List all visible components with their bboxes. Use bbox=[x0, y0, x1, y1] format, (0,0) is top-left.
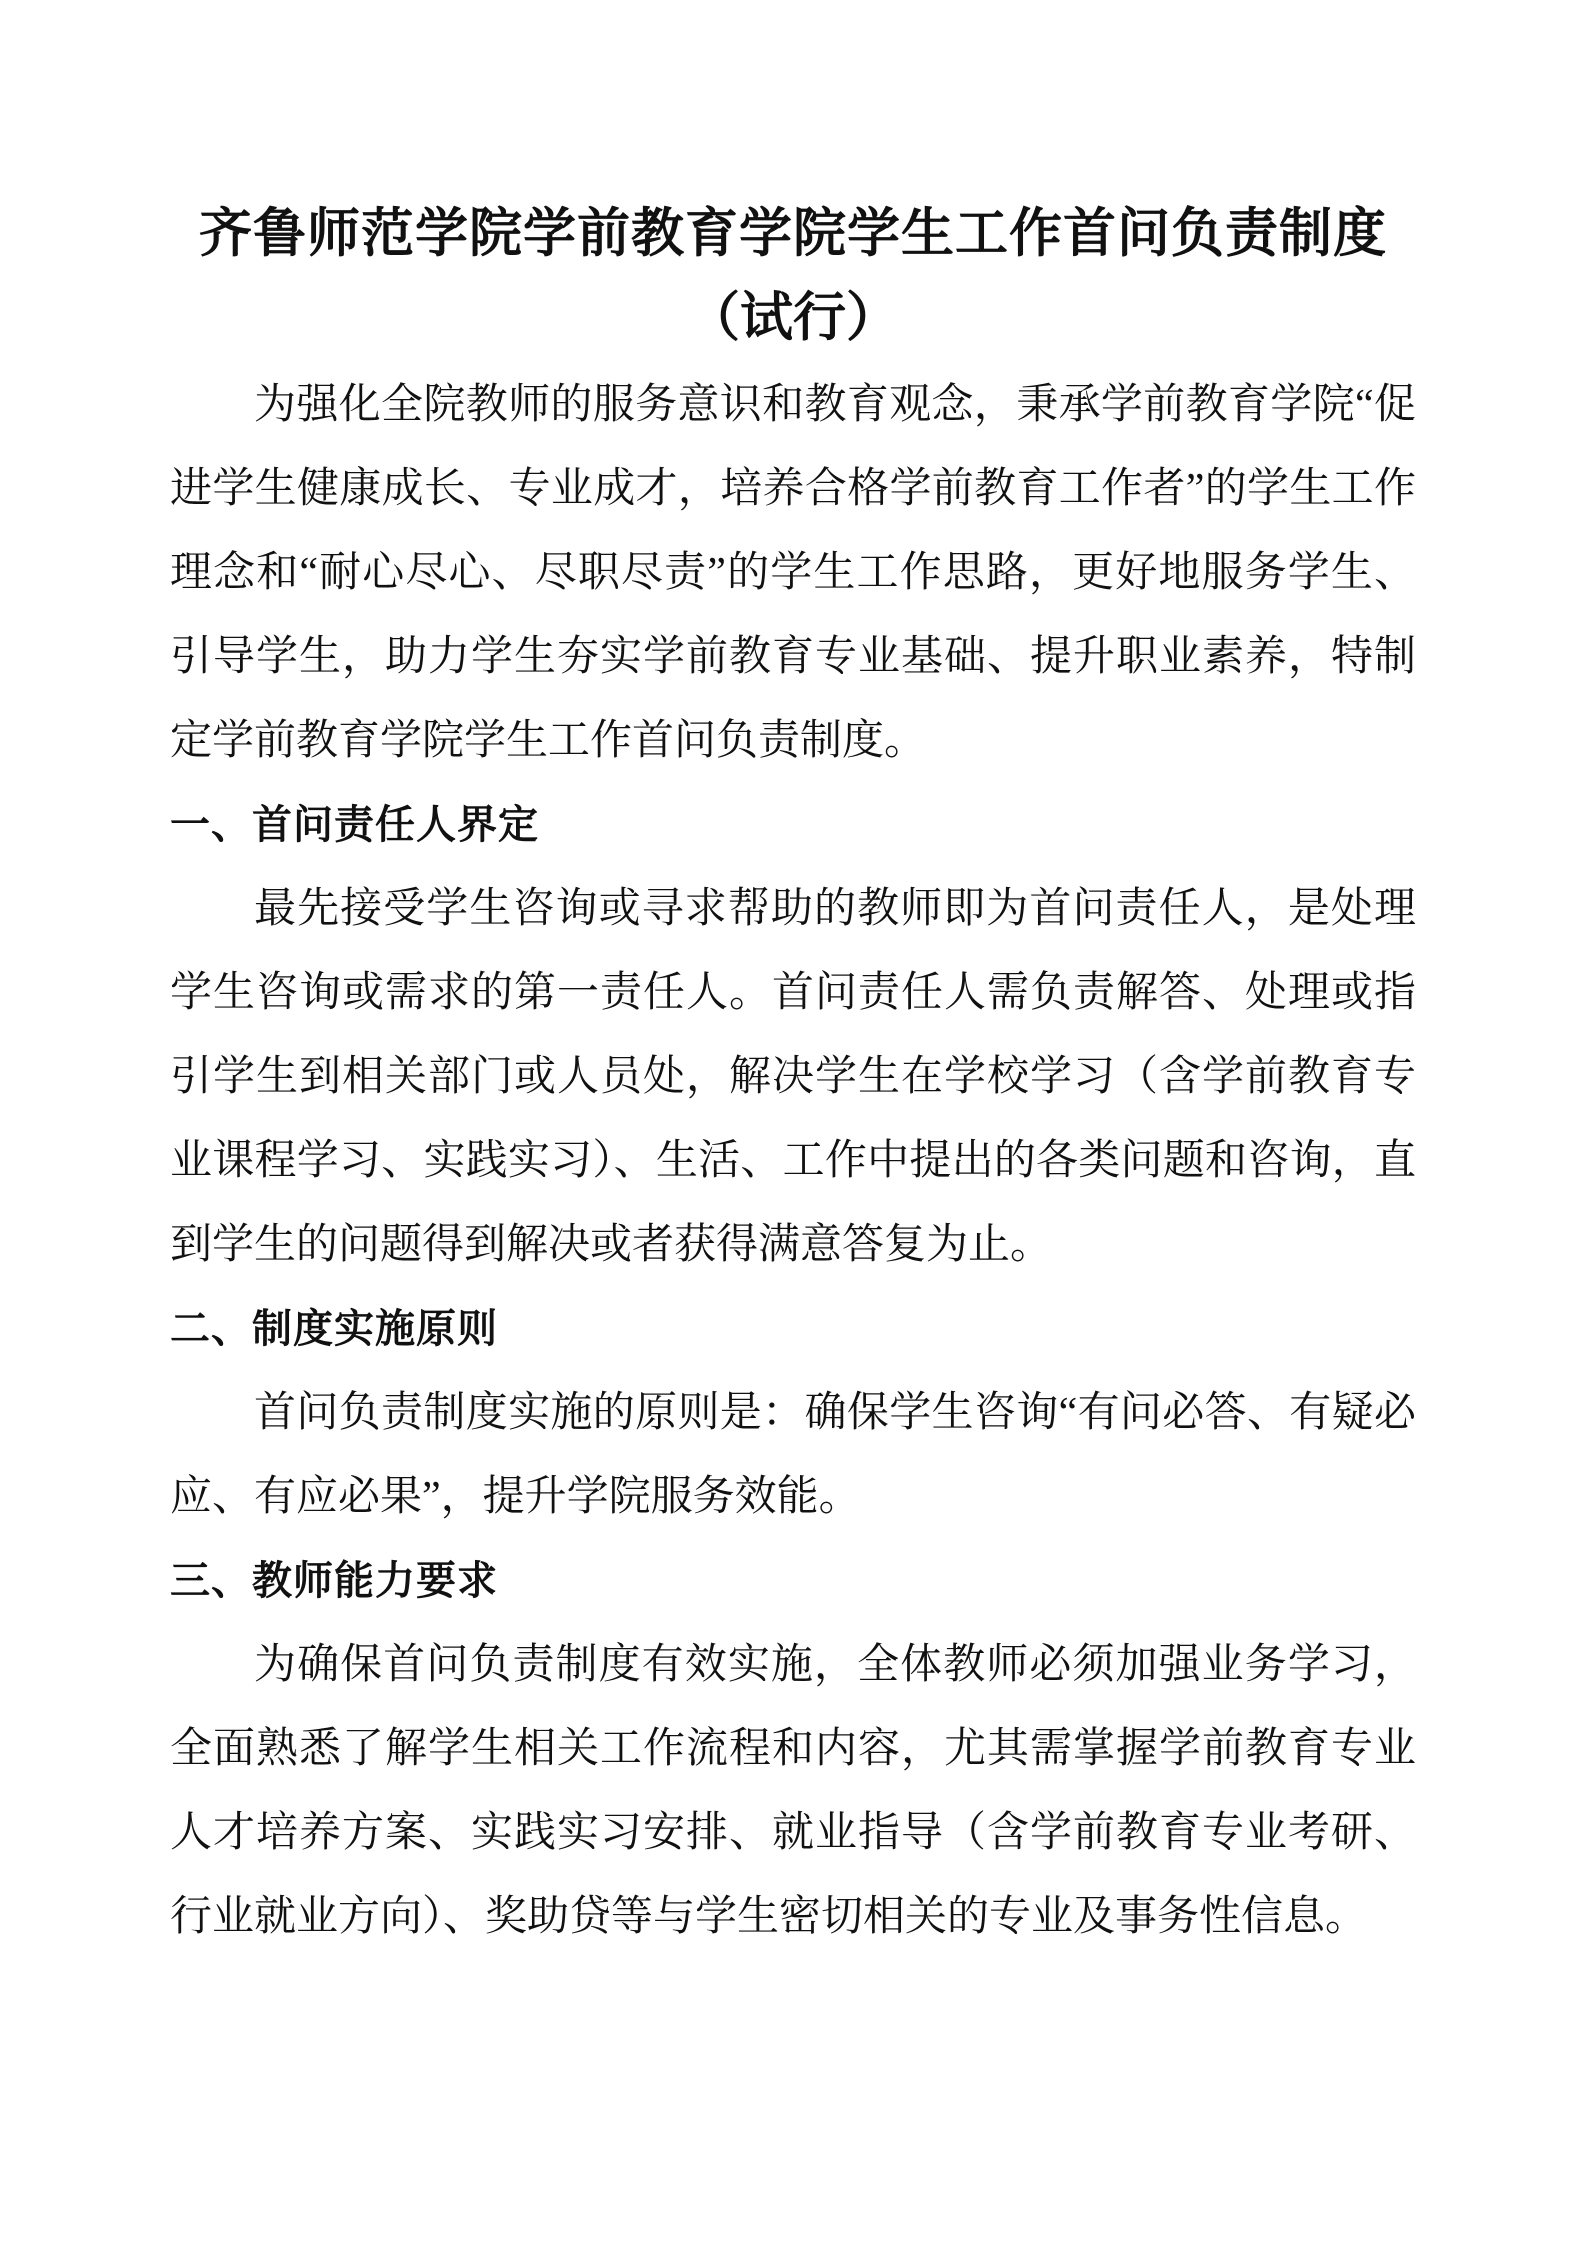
intro-paragraph: 为强化全院教师的服务意识和教育观念，秉承学前教育学院“促进学生健康成长、专业成才… bbox=[170, 363, 1416, 783]
section-heading-1: 一、首问责任人界定 bbox=[170, 783, 1416, 867]
section-heading-3: 三、教师能力要求 bbox=[170, 1539, 1416, 1623]
document-content: 齐鲁师范学院学前教育学院学生工作首问负责制度 （试行） 为强化全院教师的服务意识… bbox=[0, 0, 1587, 1959]
section-heading-2: 二、制度实施原则 bbox=[170, 1287, 1416, 1371]
document-page: 齐鲁师范学院学前教育学院学生工作首问负责制度 （试行） 为强化全院教师的服务意识… bbox=[0, 0, 1587, 2245]
document-title: 齐鲁师范学院学前教育学院学生工作首问负责制度 bbox=[170, 195, 1416, 273]
document-subtitle: （试行） bbox=[170, 279, 1416, 357]
section-body-2: 首问负责制度实施的原则是：确保学生咨询“有问必答、有疑必应、有应必果”，提升学院… bbox=[170, 1371, 1416, 1539]
section-body-1: 最先接受学生咨询或寻求帮助的教师即为首问责任人，是处理学生咨询或需求的第一责任人… bbox=[170, 867, 1416, 1287]
section-body-3: 为确保首问负责制度有效实施，全体教师必须加强业务学习，全面熟悉了解学生相关工作流… bbox=[170, 1623, 1416, 1959]
